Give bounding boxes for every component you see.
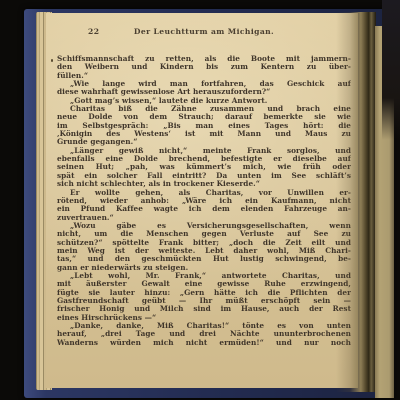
text-line: füllen.“	[57, 72, 351, 80]
text-line: eines Hirschrückens —“	[57, 314, 351, 322]
book-page: 22 Der Leuchtturm am Michigan. Schiffsma…	[46, 13, 358, 388]
text-line: sich nicht schlechter, als in trockener …	[57, 180, 351, 188]
text-line: „Lebt wohl, Mr. Frank,“ antwortete Chari…	[57, 272, 351, 280]
text-line: mit äußerster Gewalt eine gewisse Ruhe e…	[57, 280, 351, 288]
text-line: „Wozu gäbe es Versicherungsgesellschafte…	[57, 222, 351, 230]
page-header: 22 Der Leuchtturm am Michigan.	[57, 27, 351, 37]
running-title: Der Leuchtturm am Michigan.	[57, 27, 351, 37]
text-line: „Länger gewiß nicht,“ meinte Frank sorgl…	[57, 147, 351, 155]
text-line: gann er niederwärts zu steigen.	[57, 264, 351, 272]
text-line: mein Weg ist der weiteste. Lebt daher wo…	[57, 247, 351, 255]
text-line: spät ein solcher Fall eintritt? Da unten…	[57, 172, 351, 180]
text-line: rötend, wieder anhob: „Wäre ich ein Kauf…	[57, 197, 351, 205]
text-line: „Gott mag’s wissen,“ lautete die kurze A…	[57, 97, 351, 105]
text-line: fügte sie lauter hinzu: „Gern hätte ich …	[57, 289, 351, 297]
text-line: Er wollte gehen, als Charitas, vor Unwil…	[57, 189, 351, 197]
right-cover-edge	[382, 0, 400, 140]
text-line: ebenfalls eine Dolde brechend, befestigt…	[57, 155, 351, 163]
text-line: seinen Hut; „pah, was kümmert’s mich, wi…	[57, 163, 351, 171]
text-line: tas,“ und den geschmückten Hut lustig sc…	[57, 255, 351, 263]
ink-speck	[51, 59, 53, 62]
text-line: Schiffsmannschaft zu retten, als die Boo…	[57, 55, 351, 63]
text-line: Gastfreundschaft geübt — Ihr müßt erschö…	[57, 297, 351, 305]
text-line: ein Pfund Kaffee wagte ich dem elenden F…	[57, 205, 351, 213]
text-line: Charitas biß die Zähne zusammen und brac…	[57, 105, 351, 113]
text-line: diese wahrhaft gewissenlose Art herauszu…	[57, 88, 351, 96]
text-line: ‚Königin des Westens‘ ist mit Mann und M…	[57, 130, 351, 138]
gutter-shadow	[336, 12, 376, 392]
text-line: „Wie lange wird man fortfahren, das Gesc…	[57, 80, 351, 88]
text-line: Wanderns würden mich nicht ermüden!“ und…	[57, 339, 351, 347]
text-line: zuvertrauen.“	[57, 214, 351, 222]
page-number: 22	[88, 27, 100, 37]
text-line: „Danke, danke, Miß Charitas!“ tönte es v…	[57, 322, 351, 330]
text-line: schützen?“ spöttelte Frank bitter; „doch…	[57, 239, 351, 247]
body-lines: Schiffsmannschaft zu retten, als die Boo…	[57, 55, 351, 347]
text-line: Grunde gegangen.“	[57, 138, 351, 146]
text-line: herauf, „drei Tage und drei Nächte ununt…	[57, 330, 351, 338]
text-line: nicht, um die Menschen gegen Verluste au…	[57, 230, 351, 238]
text-line: neue Dolde von dem Strauch; darauf bemer…	[57, 113, 351, 121]
text-line: frischer Honig und Milch sind im Hause, …	[57, 305, 351, 313]
text-line: im Selbstgespräch: „Bis man eines Tages …	[57, 122, 351, 130]
photo-backdrop: 22 Der Leuchtturm am Michigan. Schiffsma…	[0, 0, 400, 400]
text-line: den Weibern und Kindern bis zum Kentern …	[57, 63, 351, 71]
